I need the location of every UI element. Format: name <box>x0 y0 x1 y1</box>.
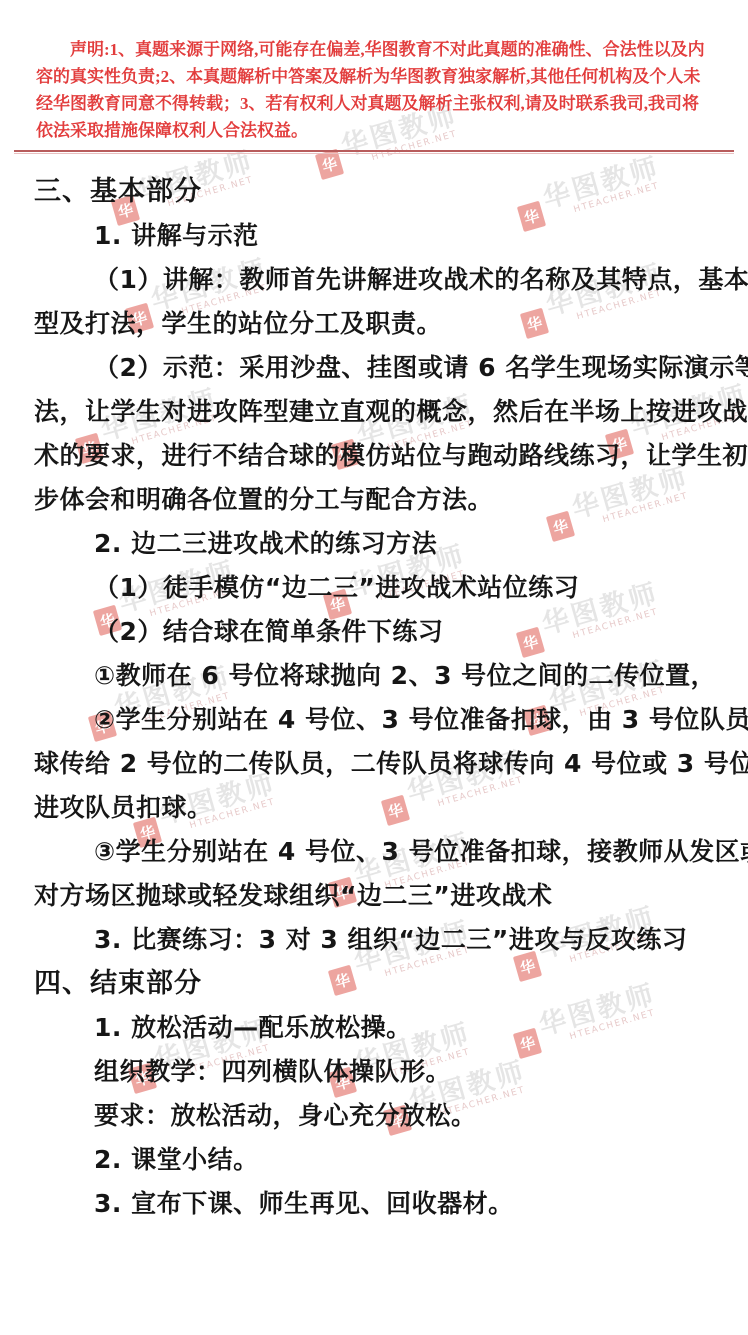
document-page: 华华图教师HTEACHER.NET华华图教师HTEACHER.NET华华图教师H… <box>0 0 748 1335</box>
disclaimer-line: 容的真实性负责;2、本真题解析中答案及解析为华图教育独家解析,其他任何机构及个人… <box>36 63 728 90</box>
text-line: 进攻队员扣球。 <box>34 786 738 830</box>
text-line: 1. 放松活动—配乐放松操。 <box>34 1006 738 1050</box>
text-line: （2）结合球在简单条件下练习 <box>34 610 738 654</box>
text-line: 型及打法，学生的站位分工及职责。 <box>34 302 738 346</box>
text-line: ①教师在 6 号位将球抛向 2、3 号位之间的二传位置， <box>34 654 738 698</box>
text-line: 1. 讲解与示范 <box>34 214 738 258</box>
text-line: 3. 宣布下课、师生再见、回收器材。 <box>34 1182 738 1226</box>
text-line: 组织教学：四列横队体操队形。 <box>34 1050 738 1094</box>
text-line: 对方场区抛球或轻发球组织“边二三”进攻战术 <box>34 874 738 918</box>
document-body: 三、基本部分1. 讲解与示范（1）讲解：教师首先讲解进攻战术的名称及其特点，基本… <box>0 170 748 1226</box>
text-line: ②学生分别站在 4 号位、3 号位准备扣球，由 3 号位队员将 <box>34 698 738 742</box>
disclaimer-text: 1、真题来源于网络,可能存在偏差,华图教育不对此真题的准确性、合法性以及内 <box>110 40 705 59</box>
text-line: 3. 比赛练习：3 对 3 组织“边二三”进攻与反攻练习 <box>34 918 738 962</box>
section-heading: 三、基本部分 <box>34 170 738 214</box>
text-line: 2. 课堂小结。 <box>34 1138 738 1182</box>
text-line: 术的要求，进行不结合球的模仿站位与跑动路线练习，让学生初 <box>34 434 738 478</box>
disclaimer-line: 声明:1、真题来源于网络,可能存在偏差,华图教育不对此真题的准确性、合法性以及内 <box>36 36 728 63</box>
section-heading: 四、结束部分 <box>34 962 738 1006</box>
disclaimer-line: 依法采取措施保障权利人合法权益。 <box>36 117 728 144</box>
text-line: 球传给 2 号位的二传队员，二传队员将球传向 4 号位或 3 号位的 <box>34 742 738 786</box>
text-line: 2. 边二三进攻战术的练习方法 <box>34 522 738 566</box>
disclaimer-line: 经华图教育同意不得转载；3、若有权利人对真题及解析主张权利,请及时联系我司,我司… <box>36 90 728 117</box>
text-line: 要求：放松活动，身心充分放松。 <box>34 1094 738 1138</box>
text-line: （1）徒手模仿“边二三”进攻战术站位练习 <box>34 566 738 610</box>
divider-line <box>14 150 734 154</box>
disclaimer-label: 声明: <box>70 40 110 59</box>
text-line: （2）示范：采用沙盘、挂图或请 6 名学生现场实际演示等方 <box>34 346 738 390</box>
text-line: 步体会和明确各位置的分工与配合方法。 <box>34 478 738 522</box>
disclaimer: 声明:1、真题来源于网络,可能存在偏差,华图教育不对此真题的准确性、合法性以及内… <box>0 0 748 144</box>
text-line: 法，让学生对进攻阵型建立直观的概念，然后在半场上按进攻战 <box>34 390 738 434</box>
text-line: （1）讲解：教师首先讲解进攻战术的名称及其特点，基本阵 <box>34 258 738 302</box>
text-line: ③学生分别站在 4 号位、3 号位准备扣球，接教师从发区或 <box>34 830 738 874</box>
